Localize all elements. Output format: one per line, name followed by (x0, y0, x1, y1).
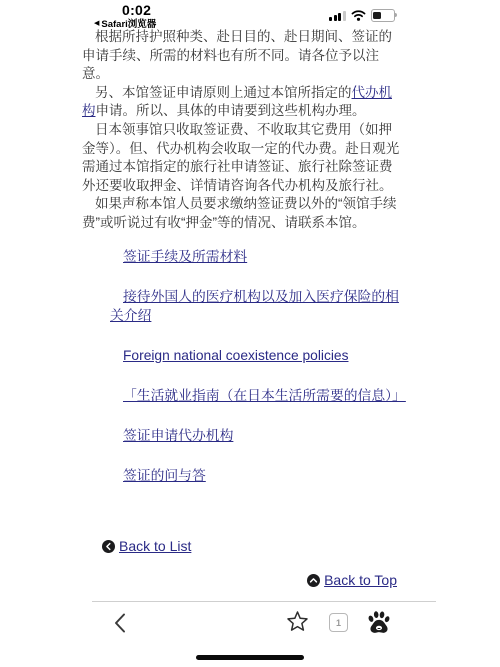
back-to-list[interactable]: Back to List (102, 538, 191, 554)
tab-count: 1 (336, 618, 341, 628)
link-visa-procedures-materials[interactable]: 签证手续及所需材料 (123, 249, 247, 264)
list-item: 接待外国人的医疗机构以及加入医疗保险的相关介绍 (110, 287, 400, 325)
back-triangle-icon: ◀ (94, 20, 99, 27)
back-to-list-link[interactable]: Back to List (119, 538, 191, 554)
list-item: 签证的问与答 (110, 466, 400, 485)
browser-back-icon[interactable] (111, 612, 129, 634)
wifi-icon (351, 10, 366, 21)
link-foreign-coexistence[interactable]: Foreign national coexistence policies (123, 348, 348, 363)
back-to-top[interactable]: Back to Top (307, 572, 397, 588)
chevron-up-circle-icon (307, 574, 320, 587)
link-living-employment-guide[interactable]: 「生活就业指南（在日本生活所需要的信息）」 (123, 388, 406, 403)
paragraph-fees: 日本领事馆只收取签证费、不收取其它费用（如押金等）。但、代办机构会收取一定的代办… (82, 121, 400, 195)
home-indicator[interactable] (196, 655, 304, 660)
list-item: 签证申请代办机构 (110, 426, 400, 445)
battery-icon (371, 9, 395, 22)
back-to-top-link[interactable]: Back to Top (324, 572, 397, 588)
paragraph-visa-notice: 根据所持护照种类、赴日目的、赴日期间、签证的申请手续、所需的材料也有所不同。请各… (82, 28, 400, 84)
link-visa-qa[interactable]: 签证的问与答 (123, 468, 206, 483)
related-links-list: 签证手续及所需材料 接待外国人的医疗机构以及加入医疗保险的相关介绍 Foreig… (82, 247, 400, 485)
toolbar-divider (92, 601, 436, 602)
paragraph-warning: 如果声称本馆人员要求缴纳签证费以外的“领馆手续费”或听说过有收“押金”等的情况、… (82, 195, 400, 232)
paragraph-agency: 另、本馆签证申请原则上通过本馆所指定的代办机构申请。所以、具体的申请要到这些机构… (82, 84, 400, 121)
article: 根据所持护照种类、赴日目的、赴日期间、签证的申请手续、所需的材料也有所不同。请各… (82, 28, 400, 506)
status-icons (329, 9, 395, 22)
paragraph-agency-text: 另、本馆签证申请原则上通过本馆所指定的 (95, 85, 352, 100)
cellular-signal-icon (329, 11, 346, 21)
favorite-star-icon[interactable] (286, 610, 309, 633)
paragraph-agency-text-after: 申请。所以、具体的申请要到这些机构办理。 (96, 103, 366, 118)
baidu-paw-icon[interactable] (366, 609, 392, 635)
list-item: Foreign national coexistence policies (110, 346, 400, 365)
screen: 0:02 ◀ Safari浏览器 根据所持护照种类、赴日目的、赴日期间、签证的申… (0, 0, 500, 667)
link-medical-institutions[interactable]: 接待外国人的医疗机构以及加入医疗保险的相关介绍 (110, 289, 399, 323)
chevron-left-circle-icon (102, 540, 115, 553)
list-item: 签证手续及所需材料 (110, 247, 400, 266)
link-visa-agencies[interactable]: 签证申请代办机构 (123, 428, 233, 443)
list-item: 「生活就业指南（在日本生活所需要的信息）」 (110, 386, 400, 405)
tab-counter-button[interactable]: 1 (329, 613, 348, 632)
